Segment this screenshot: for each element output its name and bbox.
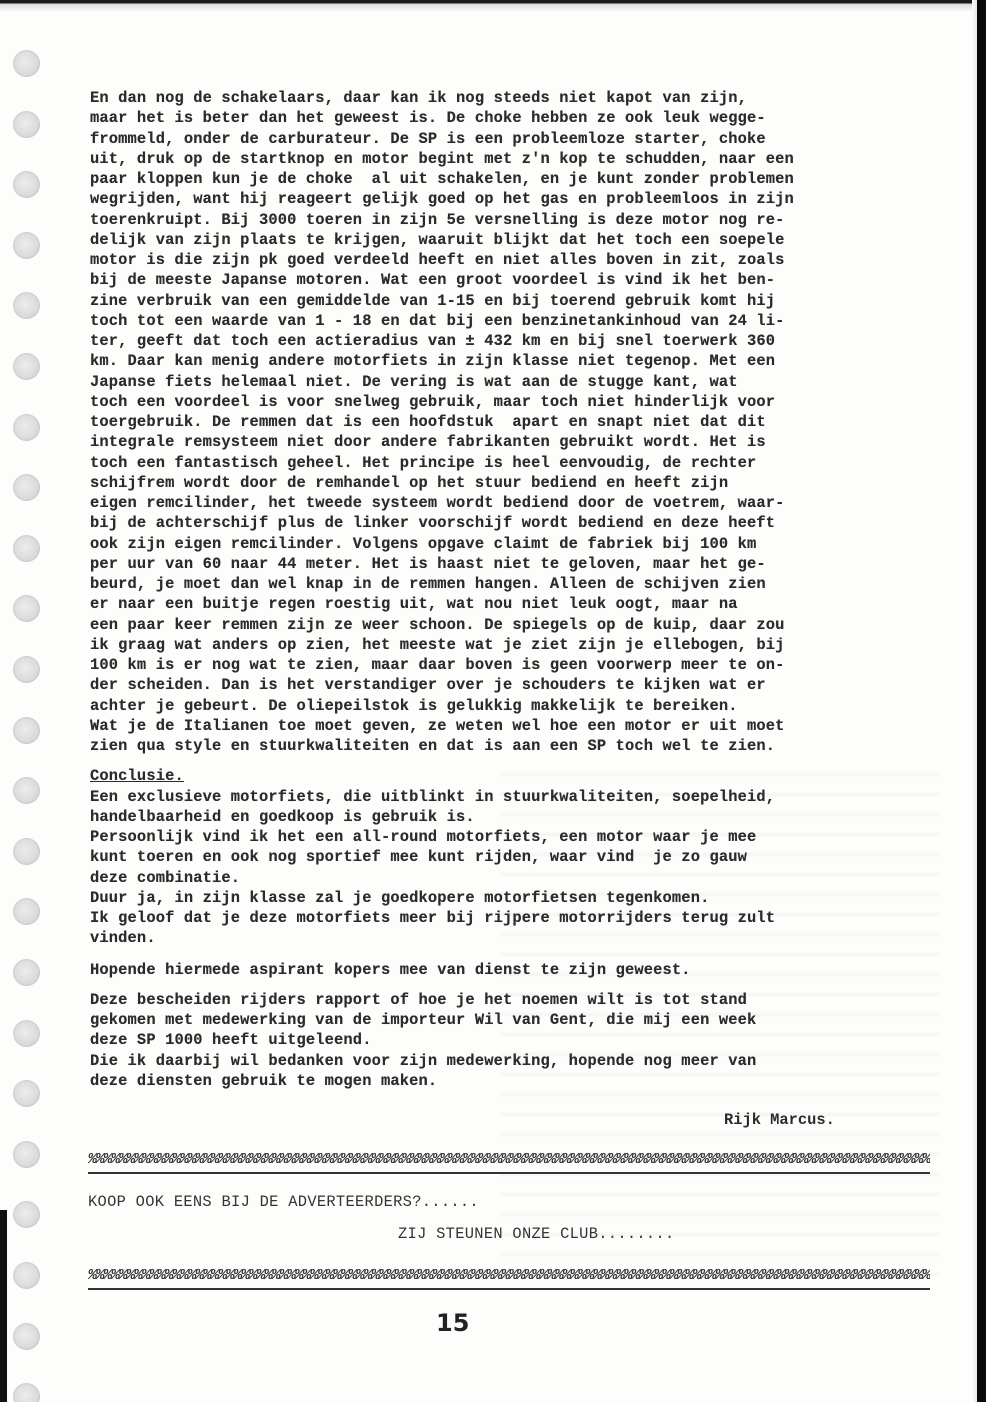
acknowledgement-paragraph: Deze bescheiden rijders rapport of hoe j…	[90, 990, 950, 1091]
text-line: toch een voordeel is voor snelweg gebrui…	[90, 392, 950, 412]
text-line: Duur ja, in zijn klasse zal je goedkoper…	[90, 888, 950, 908]
text-line: ter, geeft dat toch een actieradius van …	[90, 331, 950, 351]
binder-hole	[13, 1323, 40, 1350]
text-line: bij de achterschijf plus de linker voors…	[90, 513, 950, 533]
binder-hole	[13, 717, 40, 744]
text-line: En dan nog de schakelaars, daar kan ik n…	[90, 88, 950, 108]
binder-hole	[13, 353, 40, 380]
binder-hole	[13, 292, 40, 319]
text-line: toch een fantastisch geheel. Het princip…	[90, 453, 950, 473]
binder-hole	[13, 1201, 40, 1228]
binder-hole	[13, 1020, 40, 1047]
document-body: En dan nog de schakelaars, daar kan ik n…	[90, 88, 950, 1091]
text-line: 100 km is er nog wat te zien, maar daar …	[90, 655, 950, 675]
advert-line-2: ZIJ STEUNEN ONZE CLUB........	[398, 1225, 675, 1243]
text-line: paar kloppen kun je de choke al uit scha…	[90, 169, 950, 189]
text-line: toergebruik. De remmen dat is een hoofds…	[90, 412, 950, 432]
text-line: maar het is beter dan het geweest is. De…	[90, 108, 950, 128]
text-line: beurd, je moet dan wel knap in de remmen…	[90, 574, 950, 594]
text-line: kunt toeren en ook nog sportief mee kunt…	[90, 847, 950, 867]
text-line: Wat je de Italianen toe moet geven, ze w…	[90, 716, 950, 736]
text-line: zine verbruik van een gemiddelde van 1-1…	[90, 291, 950, 311]
text-line: Een exclusieve motorfiets, die uitblinkt…	[90, 787, 950, 807]
text-line: vinden.	[90, 928, 950, 948]
binder-hole	[13, 171, 40, 198]
text-line: integrale remsysteem niet door andere fa…	[90, 432, 950, 452]
binder-hole	[13, 50, 40, 77]
text-line: km. Daar kan menig andere motorfiets in …	[90, 351, 950, 371]
binder-hole	[13, 777, 40, 804]
text-line: motor is die zijn pk goed verdeeld heeft…	[90, 250, 950, 270]
conclusion-paragraph: Een exclusieve motorfiets, die uitblinkt…	[90, 787, 950, 949]
binder-hole	[13, 1141, 40, 1168]
advert-line-1: KOOP OOK EENS BIJ DE ADVERTEERDERS?.....…	[88, 1193, 479, 1211]
text-line: Persoonlijk vind ik het een all-round mo…	[90, 827, 950, 847]
binder-hole	[13, 1262, 40, 1289]
binder-hole	[13, 111, 40, 138]
text-line: deze SP 1000 heeft uitgeleend.	[90, 1030, 950, 1050]
text-line: ik graag wat anders op zien, het meeste …	[90, 635, 950, 655]
percent-separator-top: %%%%%%%%%%%%%%%%%%%%%%%%%%%%%%%%%%%%%%%%…	[88, 1150, 930, 1174]
binder-hole	[13, 898, 40, 925]
page-top-edge	[0, 0, 986, 12]
text-line: gekomen met medewerking van de importeur…	[90, 1010, 950, 1030]
text-line: Ik geloof dat je deze motorfiets meer bi…	[90, 908, 950, 928]
text-line: delijk van zijn plaats te krijgen, waaru…	[90, 230, 950, 250]
page-number: 15	[436, 1309, 469, 1337]
text-line: toch tot een waarde van 1 - 18 en dat bi…	[90, 311, 950, 331]
text-line: der scheiden. Dan is het verstandiger ov…	[90, 675, 950, 695]
text-line: deze combinatie.	[90, 868, 950, 888]
text-line: achter je gebeurt. De oliepeilstok is ge…	[90, 696, 950, 716]
text-line: eigen remcilinder, het tweede systeem wo…	[90, 493, 950, 513]
text-line: Deze bescheiden rijders rapport of hoe j…	[90, 990, 950, 1010]
review-paragraph: En dan nog de schakelaars, daar kan ik n…	[90, 88, 950, 756]
conclusion-heading: Conclusie.	[90, 766, 950, 786]
binder-hole	[13, 595, 40, 622]
binder-hole	[13, 1383, 40, 1402]
binder-hole	[13, 656, 40, 683]
binder-hole	[13, 959, 40, 986]
text-line: bij de meeste Japanse motoren. Wat een g…	[90, 270, 950, 290]
binder-holes	[0, 0, 60, 1402]
binder-hole	[13, 232, 40, 259]
text-line: deze diensten gebruik te mogen maken.	[90, 1071, 950, 1091]
text-line: handelbaarheid en goedkoop is gebruik is…	[90, 807, 950, 827]
text-line: wegrijden, want hij reageert gelijk goed…	[90, 189, 950, 209]
text-line: een paar keer remmen zijn ze weer schoon…	[90, 615, 950, 635]
binder-hole	[13, 838, 40, 865]
percent-separator-bottom: %%%%%%%%%%%%%%%%%%%%%%%%%%%%%%%%%%%%%%%%…	[88, 1266, 930, 1290]
text-line: ook zijn eigen remcilinder. Volgens opga…	[90, 534, 950, 554]
scan-right-border	[977, 0, 986, 1402]
text-line: er naar een buitje regen roestig uit, wa…	[90, 594, 950, 614]
binder-hole	[13, 474, 40, 501]
text-line: frommeld, onder de carburateur. De SP is…	[90, 129, 950, 149]
binder-hole	[13, 1080, 40, 1107]
binder-hole	[13, 535, 40, 562]
text-line: schijfrem wordt door de remhandel op het…	[90, 473, 950, 493]
text-line: zien qua style en stuurkwaliteiten en da…	[90, 736, 950, 756]
author-signature: Rijk Marcus.	[724, 1111, 835, 1129]
text-line: Japanse fiets helemaal niet. De vering i…	[90, 372, 950, 392]
binder-hole	[13, 414, 40, 441]
text-line: toerenkruipt. Bij 3000 toeren in zijn 5e…	[90, 210, 950, 230]
closing-line: Hopende hiermede aspirant kopers mee van…	[90, 960, 950, 980]
text-line: uit, druk op de startknop en motor begin…	[90, 149, 950, 169]
text-line: Die ik daarbij wil bedanken voor zijn me…	[90, 1051, 950, 1071]
text-line: per uur van 60 naar 44 meter. Het is haa…	[90, 554, 950, 574]
